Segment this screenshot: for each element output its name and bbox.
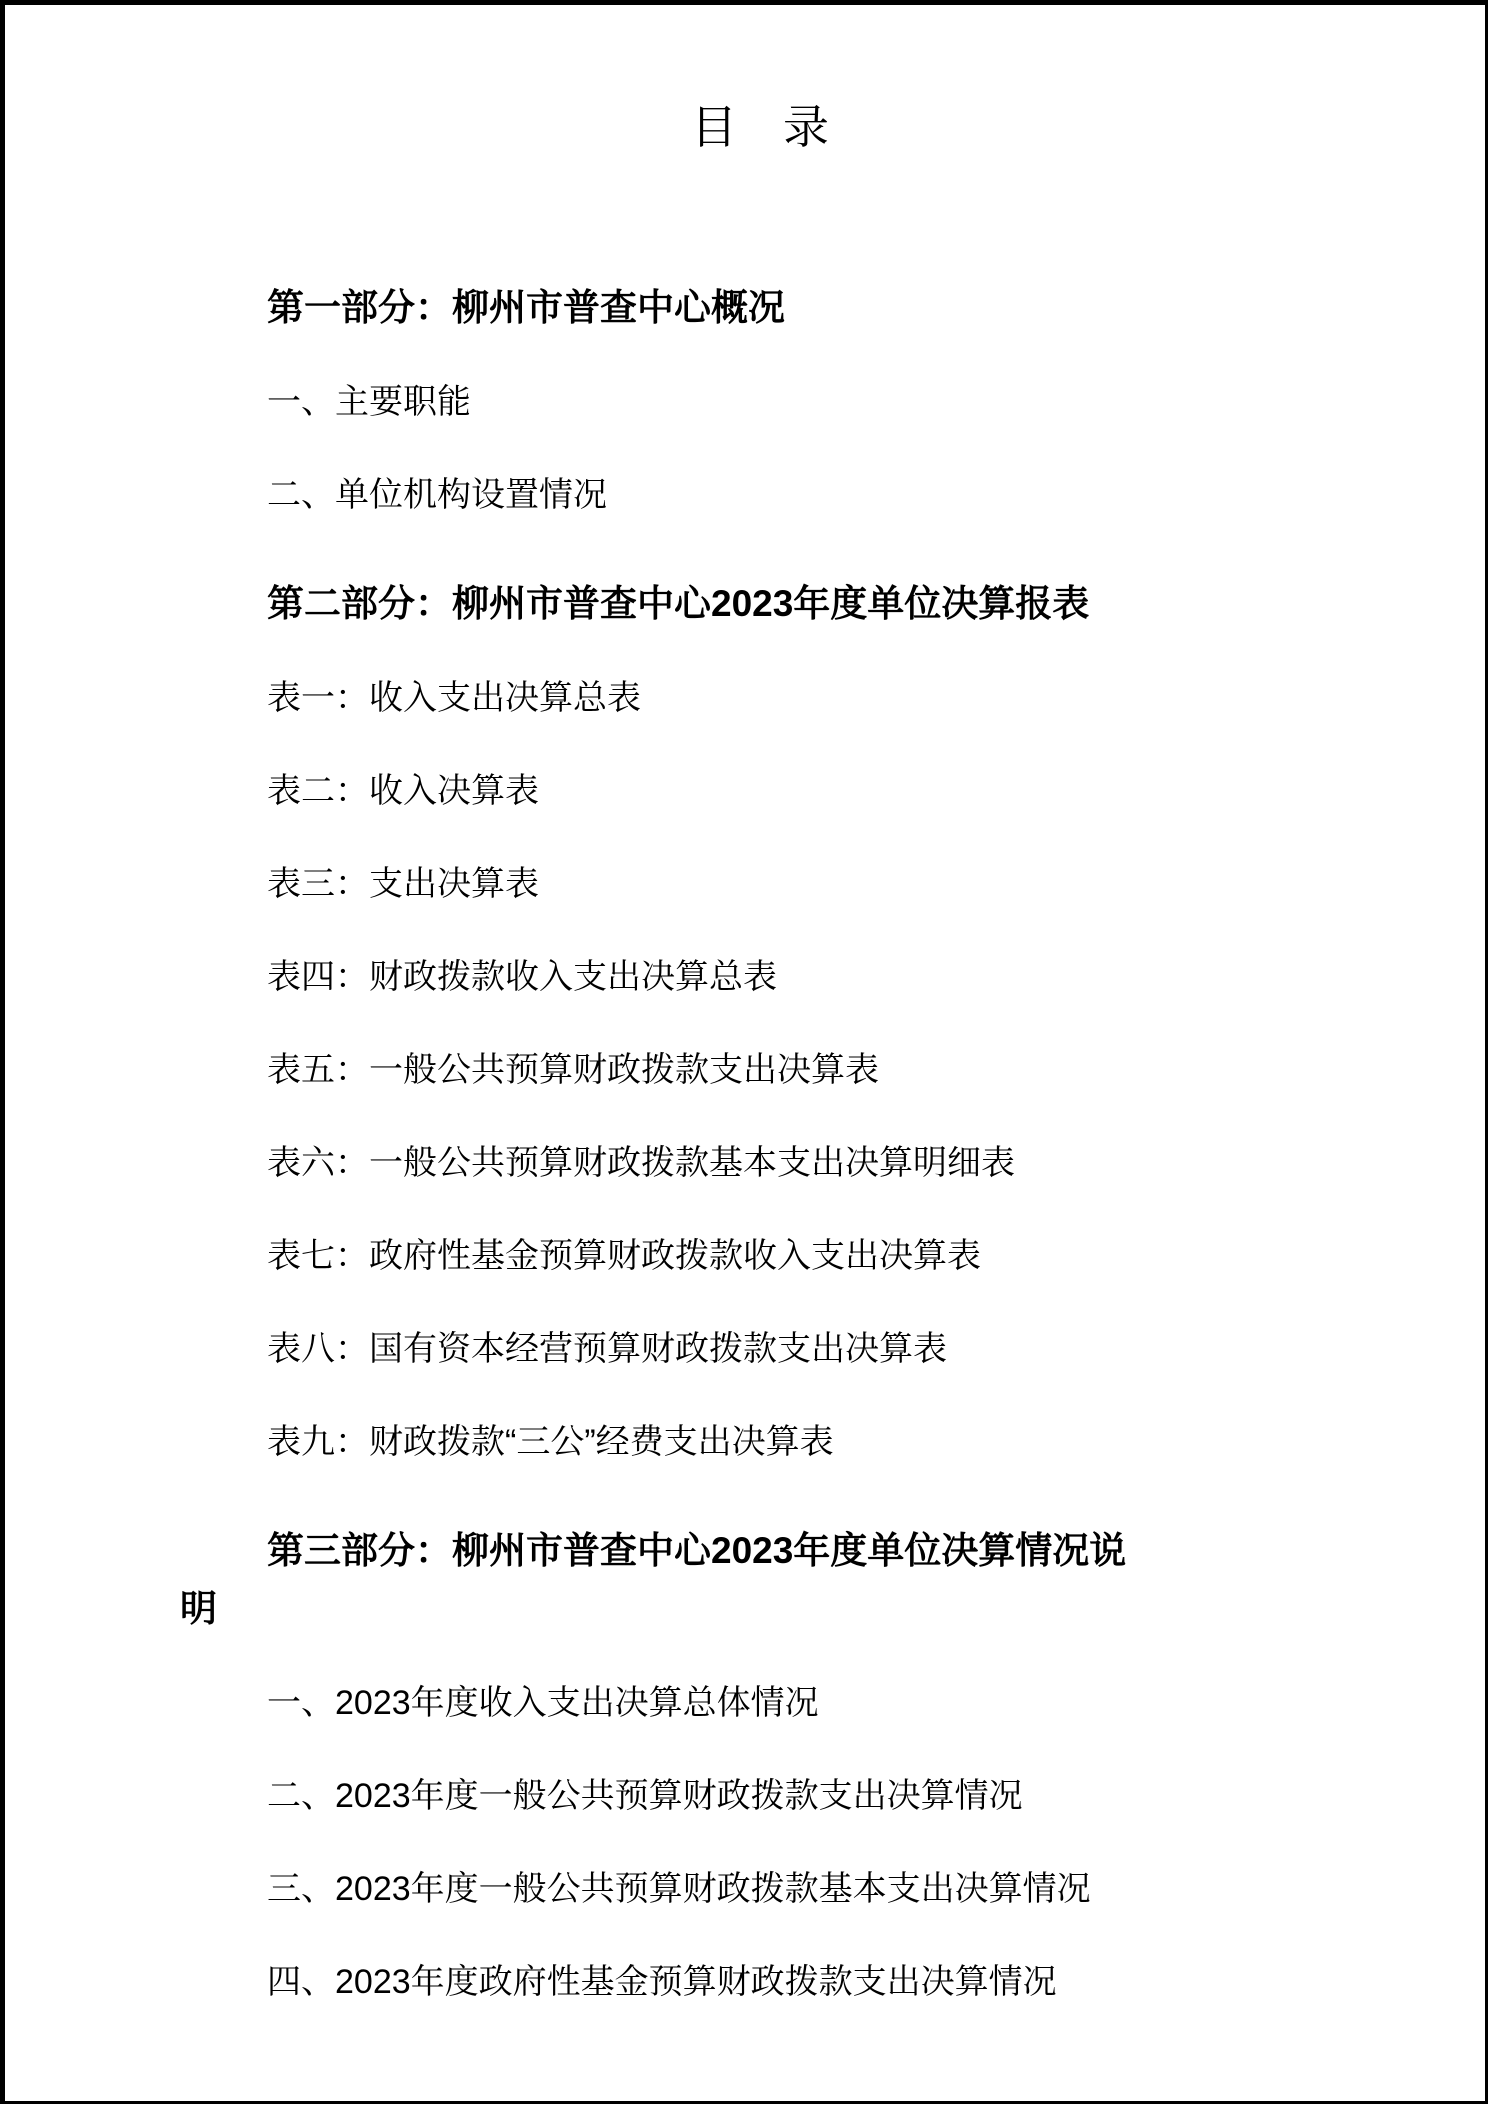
toc-item-part3-4: 四、2023年度政府性基金预算财政拨款支出决算情况 — [180, 1953, 1340, 2011]
toc-item-part3-1: 一、2023年度收入支出决算总体情况 — [180, 1674, 1340, 1732]
toc-item-table-3: 表三：支出决算表 — [180, 855, 1340, 913]
toc-item-part1-2: 二、单位机构设置情况 — [180, 466, 1340, 524]
toc-item-table-7: 表七：政府性基金预算财政拨款收入支出决算表 — [180, 1227, 1340, 1285]
toc-item-part1-1: 一、主要职能 — [180, 373, 1340, 431]
part-heading-3: 第三部分：柳州市普查中心2023年度单位决算情况说明 — [180, 1506, 1145, 1638]
toc-item-table-9: 表九：财政拨款“三公”经费支出决算表 — [180, 1413, 1340, 1471]
part-heading-1: 第一部分：柳州市普查中心概况 — [180, 263, 1340, 337]
toc-item-part3-3: 三、2023年度一般公共预算财政拨款基本支出决算情况 — [180, 1860, 1340, 1918]
document-page: 目 录 第一部分：柳州市普查中心概况 一、主要职能 二、单位机构设置情况 第二部… — [0, 0, 1488, 2104]
toc-item-table-2: 表二：收入决算表 — [180, 762, 1340, 820]
toc-item-table-4: 表四：财政拨款收入支出决算总表 — [180, 948, 1340, 1006]
toc-item-table-1: 表一：收入支出决算总表 — [180, 669, 1340, 727]
toc-item-table-6: 表六：一般公共预算财政拨款基本支出决算明细表 — [180, 1134, 1340, 1192]
page-title: 目 录 — [180, 95, 1340, 159]
part-heading-2: 第二部分：柳州市普查中心2023年度单位决算报表 — [180, 559, 1340, 633]
toc-item-table-5: 表五：一般公共预算财政拨款支出决算表 — [180, 1041, 1340, 1099]
toc-item-table-8: 表八：国有资本经营预算财政拨款支出决算表 — [180, 1320, 1340, 1378]
toc-item-part3-2: 二、2023年度一般公共预算财政拨款支出决算情况 — [180, 1767, 1340, 1825]
